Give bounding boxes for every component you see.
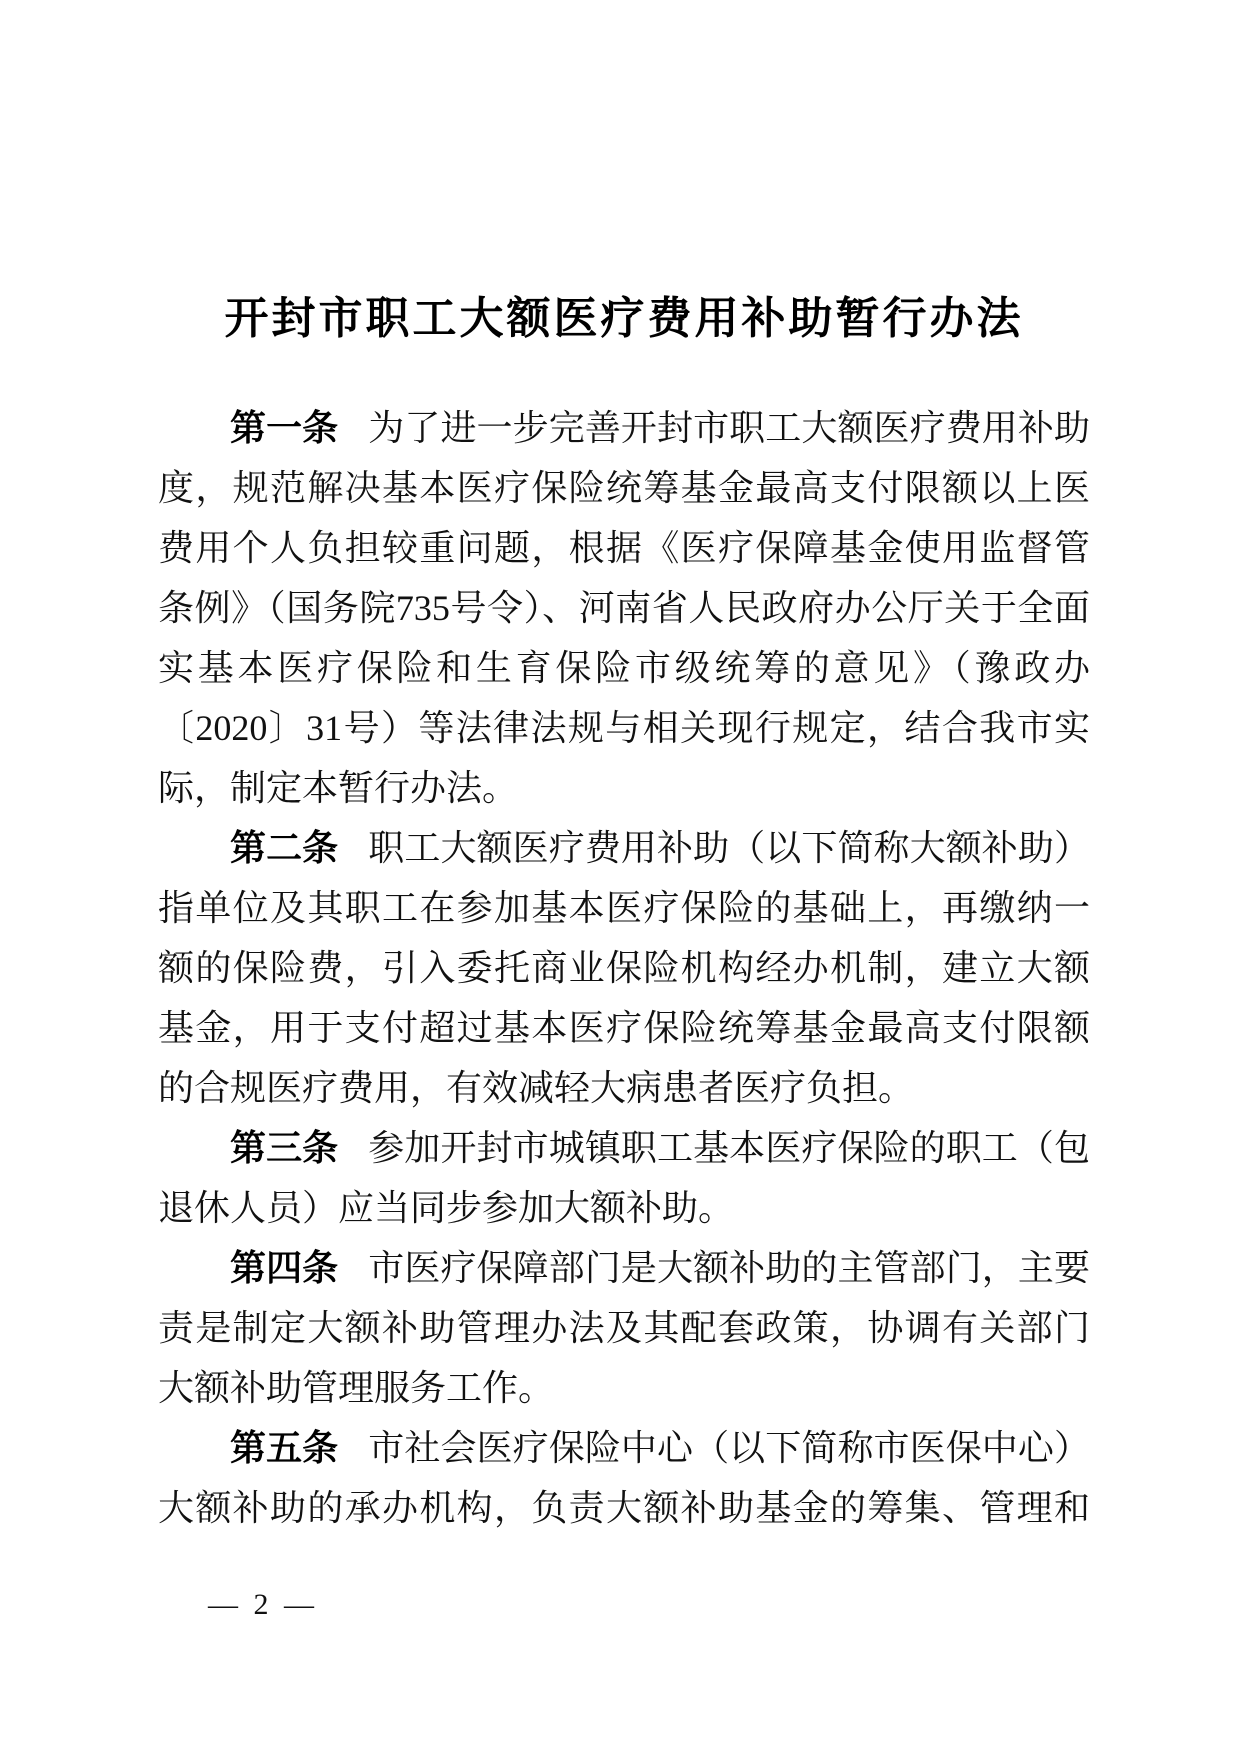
line-text: 基金，用于支付超过基本医疗保险统筹基金最高支付限额以上 [158,1008,1090,1058]
line-text: 费用个人负担较重问题，根据《医疗保障基金使用监督管理 [158,528,1090,578]
article-number: 第一条 [230,408,338,448]
body-line: 第一条为了进一步完善开封市职工大额医疗费用补助制 [158,398,1090,458]
line-text: 实基本医疗保险和生育保险市级统筹的意见》（豫政办 [158,648,1090,688]
line-text: 的合规医疗费用，有效减轻大病患者医疗负担。 [158,1068,914,1108]
body-line: 度，规范解决基本医疗保险统筹基金最高支付限额以上医疗 [158,458,1090,518]
line-text: 退休人员）应当同步参加大额补助。 [158,1188,734,1228]
document-title: 开封市职工大额医疗费用补助暂行办法 [158,290,1090,348]
body-line: 大额补助的承办机构，负责大额补助基金的筹集、管理和待遇 [158,1478,1090,1538]
line-text: 大额补助管理服务工作。 [158,1368,554,1408]
body-line: 额的保险费，引入委托商业保险机构经办机制，建立大额补助 [158,938,1090,998]
body-line: 退休人员）应当同步参加大额补助。 [158,1178,1090,1238]
body-line: 基金，用于支付超过基本医疗保险统筹基金最高支付限额以上 [158,998,1090,1058]
line-text: 责是制定大额补助管理办法及其配套政策，协调有关部门做好 [158,1308,1090,1358]
body-line: 条例》（国务院735号令）、河南省人民政府办公厅关于全面做 [158,578,1090,638]
article-number: 第五条 [230,1428,338,1468]
line-text: 际，制定本暂行办法。 [158,768,518,808]
line-text: 度，规范解决基本医疗保险统筹基金最高支付限额以上医疗 [158,468,1090,518]
line-text: 市社会医疗保险中心（以下简称市医保中心）是 [230,1428,1090,1478]
line-text: 职工大额医疗费用补助（以下简称大额补助）是 [230,828,1090,878]
body-line: 费用个人负担较重问题，根据《医疗保障基金使用监督管理 [158,518,1090,578]
body-line: 第二条职工大额医疗费用补助（以下简称大额补助）是 [158,818,1090,878]
body-line: 实基本医疗保险和生育保险市级统筹的意见》（豫政办 [158,638,1090,698]
line-text: 指单位及其职工在参加基本医疗保险的基础上，再缴纳一定数 [158,888,1090,938]
body-line: 的合规医疗费用，有效减轻大病患者医疗负担。 [158,1058,1090,1118]
body-line: 第四条市医疗保障部门是大额补助的主管部门，主要职 [158,1238,1090,1298]
article-number: 第二条 [230,828,338,868]
line-text: 大额补助的承办机构，负责大额补助基金的筹集、管理和待遇 [158,1488,1090,1538]
article-number: 第四条 [230,1248,338,1288]
page-number: — 2 — [208,1586,318,1624]
line-text: 参加开封市城镇职工基本医疗保险的职工（包括 [230,1128,1090,1178]
body-line: 指单位及其职工在参加基本医疗保险的基础上，再缴纳一定数 [158,878,1090,938]
body-line: 际，制定本暂行办法。 [158,758,1090,818]
body-line: 第三条参加开封市城镇职工基本医疗保险的职工（包括 [158,1118,1090,1178]
body-line: 〔2020〕31号）等法律法规与相关现行规定，结合我市实 [158,698,1090,758]
line-text: 条例》（国务院735号令）、河南省人民政府办公厅关于全面做 [158,588,1090,638]
line-text: 〔2020〕31号）等法律法规与相关现行规定，结合我市实 [158,708,1090,748]
document-body: 第一条为了进一步完善开封市职工大额医疗费用补助制 度，规范解决基本医疗保险统筹基… [158,398,1090,1538]
line-text: 为了进一步完善开封市职工大额医疗费用补助制 [230,408,1090,458]
body-line: 大额补助管理服务工作。 [158,1358,1090,1418]
body-line: 第五条市社会医疗保险中心（以下简称市医保中心）是 [158,1418,1090,1478]
body-line: 责是制定大额补助管理办法及其配套政策，协调有关部门做好 [158,1298,1090,1358]
article-number: 第三条 [230,1128,338,1168]
line-text: 额的保险费，引入委托商业保险机构经办机制，建立大额补助 [158,948,1090,998]
line-text: 市医疗保障部门是大额补助的主管部门，主要职 [230,1248,1090,1298]
document-page: 开封市职工大额医疗费用补助暂行办法 第一条为了进一步完善开封市职工大额医疗费用补… [0,0,1241,1754]
